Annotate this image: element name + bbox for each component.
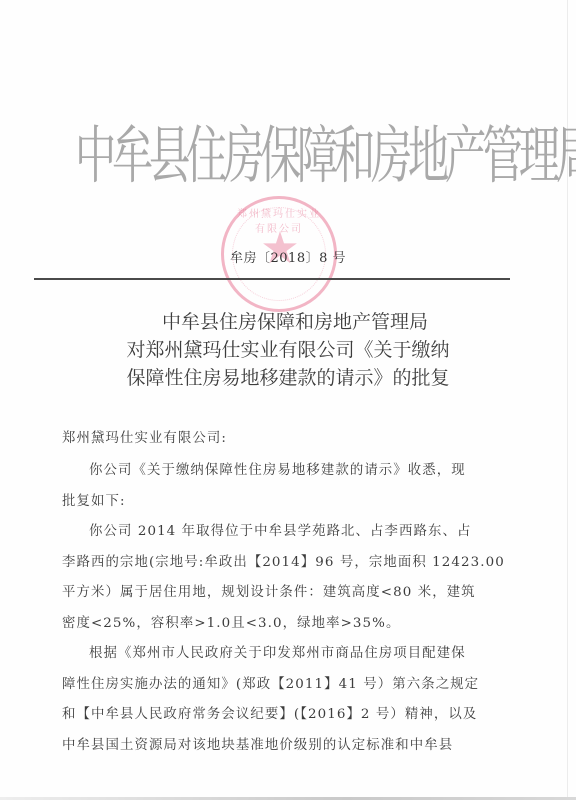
header-title: 中牟县住房保障和房地产管理局文件 xyxy=(75,112,501,202)
paragraph-1: 你公司《关于缴纳保障性住房易地移建款的请示》收悉，现 批复如下: xyxy=(62,456,472,517)
paragraph-line: 障性住房实施办法的通知》(郑政【2011】41 号）第六条之规定 xyxy=(62,670,472,701)
paragraph-line: 批复如下: xyxy=(62,487,472,518)
document-page: 中牟县住房保障和房地产管理局文件 郑州黛玛仕实业有限公司 ★ 牟房〔2018〕8… xyxy=(0,0,576,800)
paragraph-line: 中牟县国土资源局对该地块基准地价级别的认定标准和中牟县 xyxy=(62,731,472,762)
addressee: 郑州黛玛仕实业有限公司: xyxy=(62,424,472,455)
document-number: 牟房〔2018〕8 号 xyxy=(0,247,576,266)
paragraph-line: 你公司《关于缴纳保障性住房易地移建款的请示》收悉，现 xyxy=(62,456,472,487)
subject-line: 对郑州黛玛仕实业有限公司《关于缴纳 xyxy=(0,336,576,364)
subject-line: 中牟县住房保障和房地产管理局 xyxy=(0,308,576,336)
paragraph-2: 你公司 2014 年取得位于中牟县学苑路北、占李西路东、占 李路西的宗地(宗地号… xyxy=(62,517,472,639)
document-subject: 中牟县住房保障和房地产管理局 对郑州黛玛仕实业有限公司《关于缴纳 保障性住房易地… xyxy=(0,308,576,392)
addressee-text: 郑州黛玛仕实业有限公司: xyxy=(62,424,472,455)
paragraph-3: 根据《郑州市人民政府关于印发郑州市商品住房项目配建保 障性住房实施办法的通知》(… xyxy=(62,639,472,761)
paragraph-line: 李路西的宗地(宗地号:牟政出【2014】96 号，宗地面积 12423.00 xyxy=(62,548,472,579)
paragraph-line: 根据《郑州市人民政府关于印发郑州市商品住房项目配建保 xyxy=(62,639,472,670)
paragraph-line: 你公司 2014 年取得位于中牟县学苑路北、占李西路东、占 xyxy=(62,517,472,548)
paragraph-line: 和【中牟县人民政府常务会议纪要】(【2016】2 号）精神，以及 xyxy=(62,700,472,731)
subject-line: 保障性住房易地移建款的请示》的批复 xyxy=(0,364,576,392)
paragraph-line: 密度<25%，容积率>1.0且<3.0，绿地率>35%。 xyxy=(62,609,472,640)
paragraph-line: 平方米）属于居住用地，规划设计条件：建筑高度<80 米，建筑 xyxy=(62,578,472,609)
header-divider xyxy=(34,278,510,280)
